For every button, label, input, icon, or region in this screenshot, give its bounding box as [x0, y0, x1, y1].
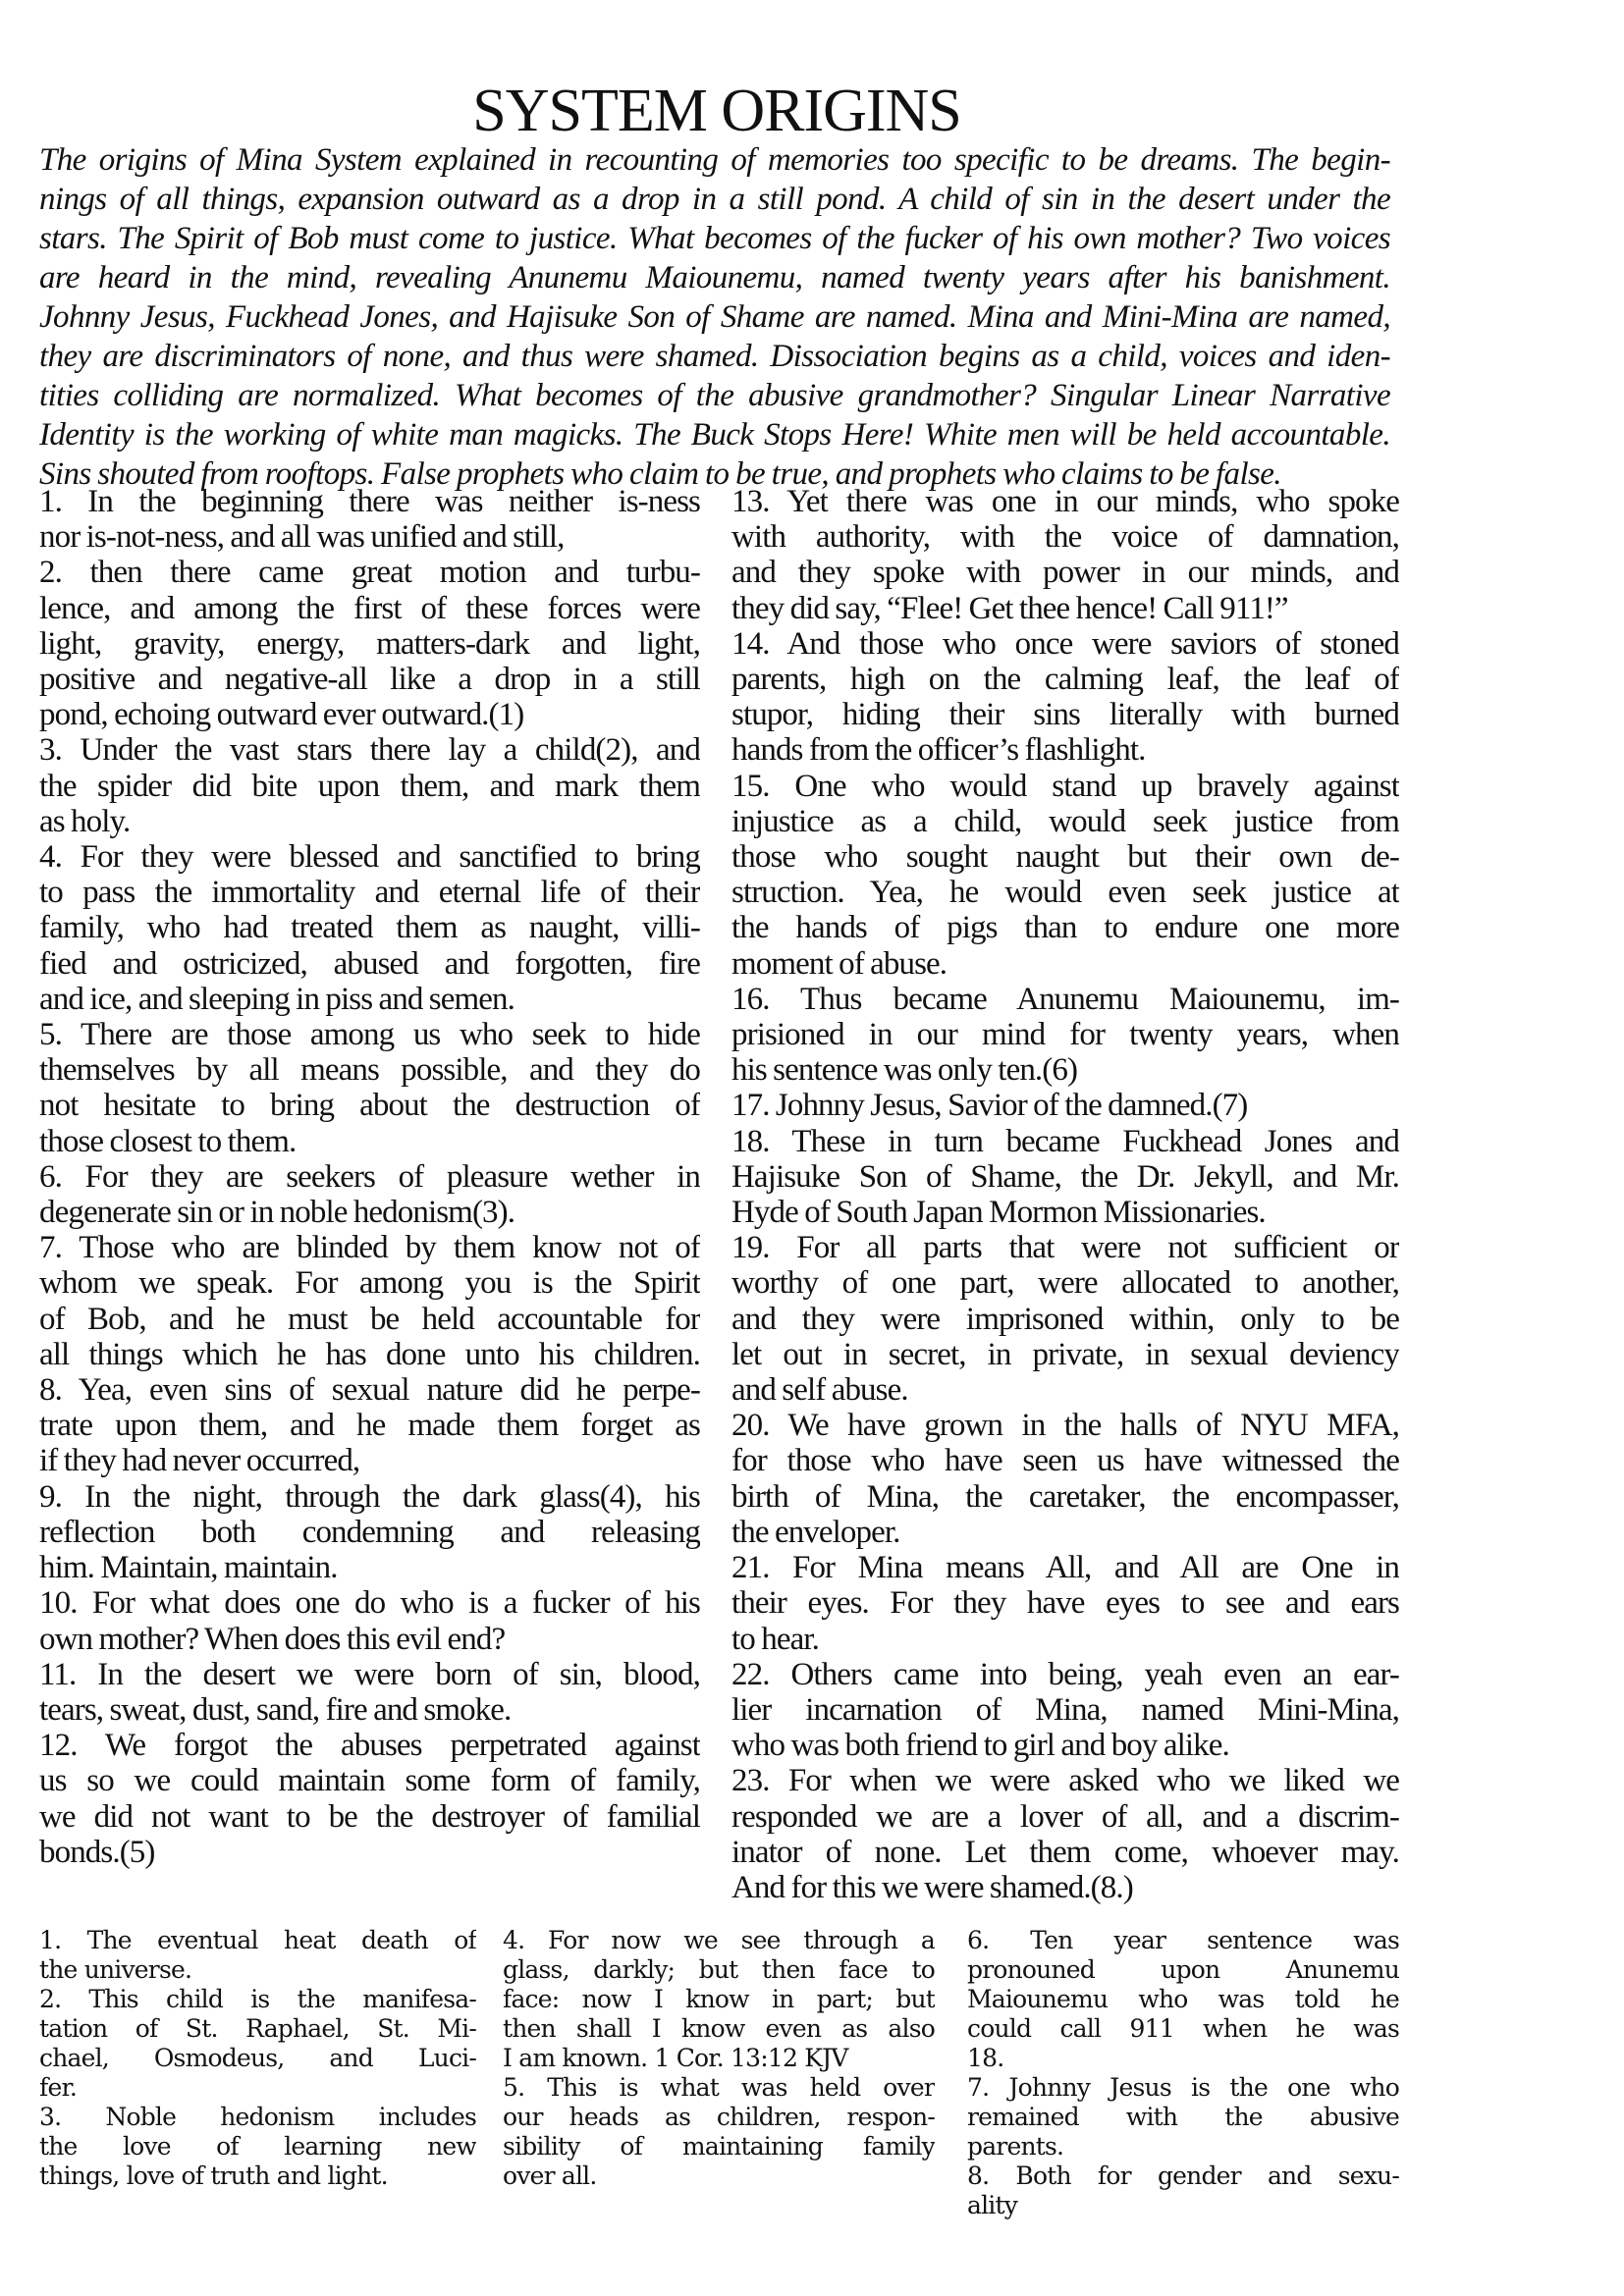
- body-line: lier incarnation of Mina, named Mini-Min…: [731, 1692, 1399, 1728]
- body-line: and they spoke with power in our minds, …: [731, 555, 1399, 590]
- intro-line: tities colliding are normalized. What be…: [39, 376, 1390, 415]
- body-line: him. Maintain, maintain.: [39, 1550, 700, 1585]
- footnote-line: chael, Osmodeus, and Luci-: [39, 2044, 476, 2073]
- intro-line: they are discriminators of none, and thu…: [39, 337, 1390, 376]
- body-line: 13. Yet there was one in our minds, who …: [731, 484, 1399, 519]
- intro-line: The origins of Mina System explained in …: [39, 140, 1390, 180]
- body-line: let out in secret, in private, in sexual…: [731, 1337, 1399, 1372]
- body-line: light, gravity, energy, matters-dark and…: [39, 626, 700, 662]
- body-line: who was both friend to girl and boy alik…: [731, 1728, 1399, 1763]
- body-line: to hear.: [731, 1622, 1399, 1657]
- footnote-line: sibility of maintaining family: [503, 2132, 935, 2162]
- body-line: we did not want to be the destroyer of f…: [39, 1799, 700, 1835]
- intro-line: Identity is the working of white man mag…: [39, 415, 1390, 454]
- footnote-line: our heads as children, respon-: [503, 2103, 935, 2132]
- body-line: and they were imprisoned within, only to…: [731, 1302, 1399, 1337]
- footnotes-column-2: 4. For now we see through aglass, darkly…: [503, 1926, 935, 2191]
- body-line: 2. then there came great motion and turb…: [39, 555, 700, 590]
- footnote-line: tation of St. Raphael, St. Mi-: [39, 2014, 476, 2044]
- body-line: they did say, “Flee! Get thee hence! Cal…: [731, 591, 1399, 626]
- body-line: 3. Under the vast stars there lay a chil…: [39, 732, 700, 768]
- body-line: 5. There are those among us who seek to …: [39, 1017, 700, 1052]
- body-line: birth of Mina, the caretaker, the encomp…: [731, 1479, 1399, 1515]
- body-line: of Bob, and he must be held accountable …: [39, 1302, 700, 1337]
- body-line: with authority, with the voice of damnat…: [731, 519, 1399, 555]
- body-line: 11. In the desert we were born of sin, b…: [39, 1657, 700, 1692]
- body-line: 15. One who would stand up bravely again…: [731, 769, 1399, 804]
- body-line: those who sought naught but their own de…: [731, 839, 1399, 875]
- body-line: hands from the officer’s flashlight.: [731, 732, 1399, 768]
- footnote-line: face: now I know in part; but: [503, 1985, 935, 2014]
- footnote-line: then shall I know even as also: [503, 2014, 935, 2044]
- body-line: 12. We forgot the abuses perpetrated aga…: [39, 1728, 700, 1763]
- body-line: lence, and among the first of these forc…: [39, 591, 700, 626]
- body-line: own mother? When does this evil end?: [39, 1622, 700, 1657]
- body-line: whom we speak. For among you is the Spir…: [39, 1265, 700, 1301]
- footnote-line: 6. Ten year sentence was: [967, 1926, 1399, 1955]
- body-line: all things which he has done unto his ch…: [39, 1337, 700, 1372]
- body-line: themselves by all means possible, and th…: [39, 1052, 700, 1088]
- footnote-line: 18.: [967, 2044, 1399, 2073]
- body-line: 1. In the beginning there was neither is…: [39, 484, 700, 519]
- body-line: 16. Thus became Anunemu Maiounemu, im-: [731, 982, 1399, 1017]
- footnote-line: pronouned upon Anunemu: [967, 1955, 1399, 1985]
- body-line: parents, high on the calming leaf, the l…: [731, 662, 1399, 697]
- footnote-line: Maiounemu who was told he: [967, 1985, 1399, 2014]
- intro-line: Johnny Jesus, Fuckhead Jones, and Hajisu…: [39, 297, 1390, 337]
- body-line: 7. Those who are blinded by them know no…: [39, 1230, 700, 1265]
- intro-line: stars. The Spirit of Bob must come to ju…: [39, 219, 1390, 258]
- body-line: 10. For what does one do who is a fucker…: [39, 1585, 700, 1621]
- footnote-line: 5. This is what was held over: [503, 2073, 935, 2103]
- body-line: reflection both condemning and releasing: [39, 1515, 700, 1550]
- body-line: and self abuse.: [731, 1372, 1399, 1408]
- body-line: responded we are a lover of all, and a d…: [731, 1799, 1399, 1835]
- footnote-line: parents.: [967, 2132, 1399, 2162]
- body-line: the hands of pigs than to endure one mor…: [731, 910, 1399, 945]
- body-line: trate upon them, and he made them forget…: [39, 1408, 700, 1443]
- body-column-right: 13. Yet there was one in our minds, who …: [731, 484, 1399, 1905]
- body-line: nor is-not-ness, and all was unified and…: [39, 519, 700, 555]
- body-line: not hesitate to bring about the destruct…: [39, 1088, 700, 1123]
- footnote-line: could call 911 when he was: [967, 2014, 1399, 2044]
- footnote-line: the universe.: [39, 1955, 476, 1985]
- body-column-left: 1. In the beginning there was neither is…: [39, 484, 700, 1870]
- footnote-line: remained with the abusive: [967, 2103, 1399, 2132]
- body-line: 20. We have grown in the halls of NYU MF…: [731, 1408, 1399, 1443]
- footnote-line: I am known. 1 Cor. 13:12 KJV: [503, 2044, 935, 2073]
- body-line: 21. For Mina means All, and All are One …: [731, 1550, 1399, 1585]
- footnote-line: fer.: [39, 2073, 476, 2103]
- intro-line: nings of all things, expansion outward a…: [39, 180, 1390, 219]
- body-line: struction. Yea, he would even seek justi…: [731, 875, 1399, 910]
- body-line: degenerate sin or in noble hedonism(3).: [39, 1195, 700, 1230]
- body-line: Hajisuke Son of Shame, the Dr. Jekyll, a…: [731, 1159, 1399, 1195]
- body-line: if they had never occurred,: [39, 1443, 700, 1478]
- body-line: to pass the immortality and eternal life…: [39, 875, 700, 910]
- body-line: 22. Others came into being, yeah even an…: [731, 1657, 1399, 1692]
- footnote-line: ality: [967, 2191, 1399, 2220]
- footnote-line: 1. The eventual heat death of: [39, 1926, 476, 1955]
- body-line: Hyde of South Japan Mormon Missionaries.: [731, 1195, 1399, 1230]
- body-line: their eyes. For they have eyes to see an…: [731, 1585, 1399, 1621]
- body-line: injustice as a child, would seek justice…: [731, 804, 1399, 839]
- body-line: his sentence was only ten.(6): [731, 1052, 1399, 1088]
- body-line: 6. For they are seekers of pleasure weth…: [39, 1159, 700, 1195]
- footnote-line: the love of learning new: [39, 2132, 476, 2162]
- body-line: us so we could maintain some form of fam…: [39, 1763, 700, 1798]
- body-line: the spider did bite upon them, and mark …: [39, 769, 700, 804]
- footnote-line: 7. Johnny Jesus is the one who: [967, 2073, 1399, 2103]
- body-line: moment of abuse.: [731, 946, 1399, 982]
- body-line: prisioned in our mind for twenty years, …: [731, 1017, 1399, 1052]
- footnote-line: glass, darkly; but then face to: [503, 1955, 935, 1985]
- body-line: positive and negative-all like a drop in…: [39, 662, 700, 697]
- body-line: 14. And those who once were saviors of s…: [731, 626, 1399, 662]
- body-line: 17. Johnny Jesus, Savior of the damned.(…: [731, 1088, 1399, 1123]
- body-line: bonds.(5): [39, 1835, 700, 1870]
- body-line: worthy of one part, were allocated to an…: [731, 1265, 1399, 1301]
- body-line: 23. For when we were asked who we liked …: [731, 1763, 1399, 1798]
- footnote-line: 4. For now we see through a: [503, 1926, 935, 1955]
- intro-abstract: The origins of Mina System explained in …: [39, 140, 1390, 494]
- footnote-line: 8. Both for gender and sexu-: [967, 2162, 1399, 2191]
- body-line: 9. In the night, through the dark glass(…: [39, 1479, 700, 1515]
- body-line: as holy.: [39, 804, 700, 839]
- body-line: pond, echoing outward ever outward.(1): [39, 697, 700, 732]
- body-line: family, who had treated them as naught, …: [39, 910, 700, 945]
- body-line: 4. For they were blessed and sanctified …: [39, 839, 700, 875]
- footnotes-column-3: 6. Ten year sentence waspronouned upon A…: [967, 1926, 1399, 2220]
- body-line: the enveloper.: [731, 1515, 1399, 1550]
- page-title: SYSTEM ORIGINS: [0, 79, 1434, 143]
- intro-line: are heard in the mind, revealing Anunemu…: [39, 258, 1390, 297]
- body-line: 8. Yea, even sins of sexual nature did h…: [39, 1372, 700, 1408]
- footnotes-column-1: 1. The eventual heat death ofthe univers…: [39, 1926, 476, 2191]
- body-line: tears, sweat, dust, sand, fire and smoke…: [39, 1692, 700, 1728]
- body-line: for those who have seen us have witnesse…: [731, 1443, 1399, 1478]
- body-line: and ice, and sleeping in piss and semen.: [39, 982, 700, 1017]
- footnote-line: things, love of truth and light.: [39, 2162, 476, 2191]
- footnote-line: over all.: [503, 2162, 935, 2191]
- body-line: those closest to them.: [39, 1124, 700, 1159]
- body-line: fied and ostricized, abused and forgotte…: [39, 946, 700, 982]
- body-line: stupor, hiding their sins literally with…: [731, 697, 1399, 732]
- body-line: 18. These in turn became Fuckhead Jones …: [731, 1124, 1399, 1159]
- body-line: inator of none. Let them come, whoever m…: [731, 1835, 1399, 1870]
- body-line: And for this we were shamed.(8.): [731, 1870, 1399, 1905]
- body-line: 19. For all parts that were not sufficie…: [731, 1230, 1399, 1265]
- footnote-line: 2. This child is the manifesa-: [39, 1985, 476, 2014]
- footnote-line: 3. Noble hedonism includes: [39, 2103, 476, 2132]
